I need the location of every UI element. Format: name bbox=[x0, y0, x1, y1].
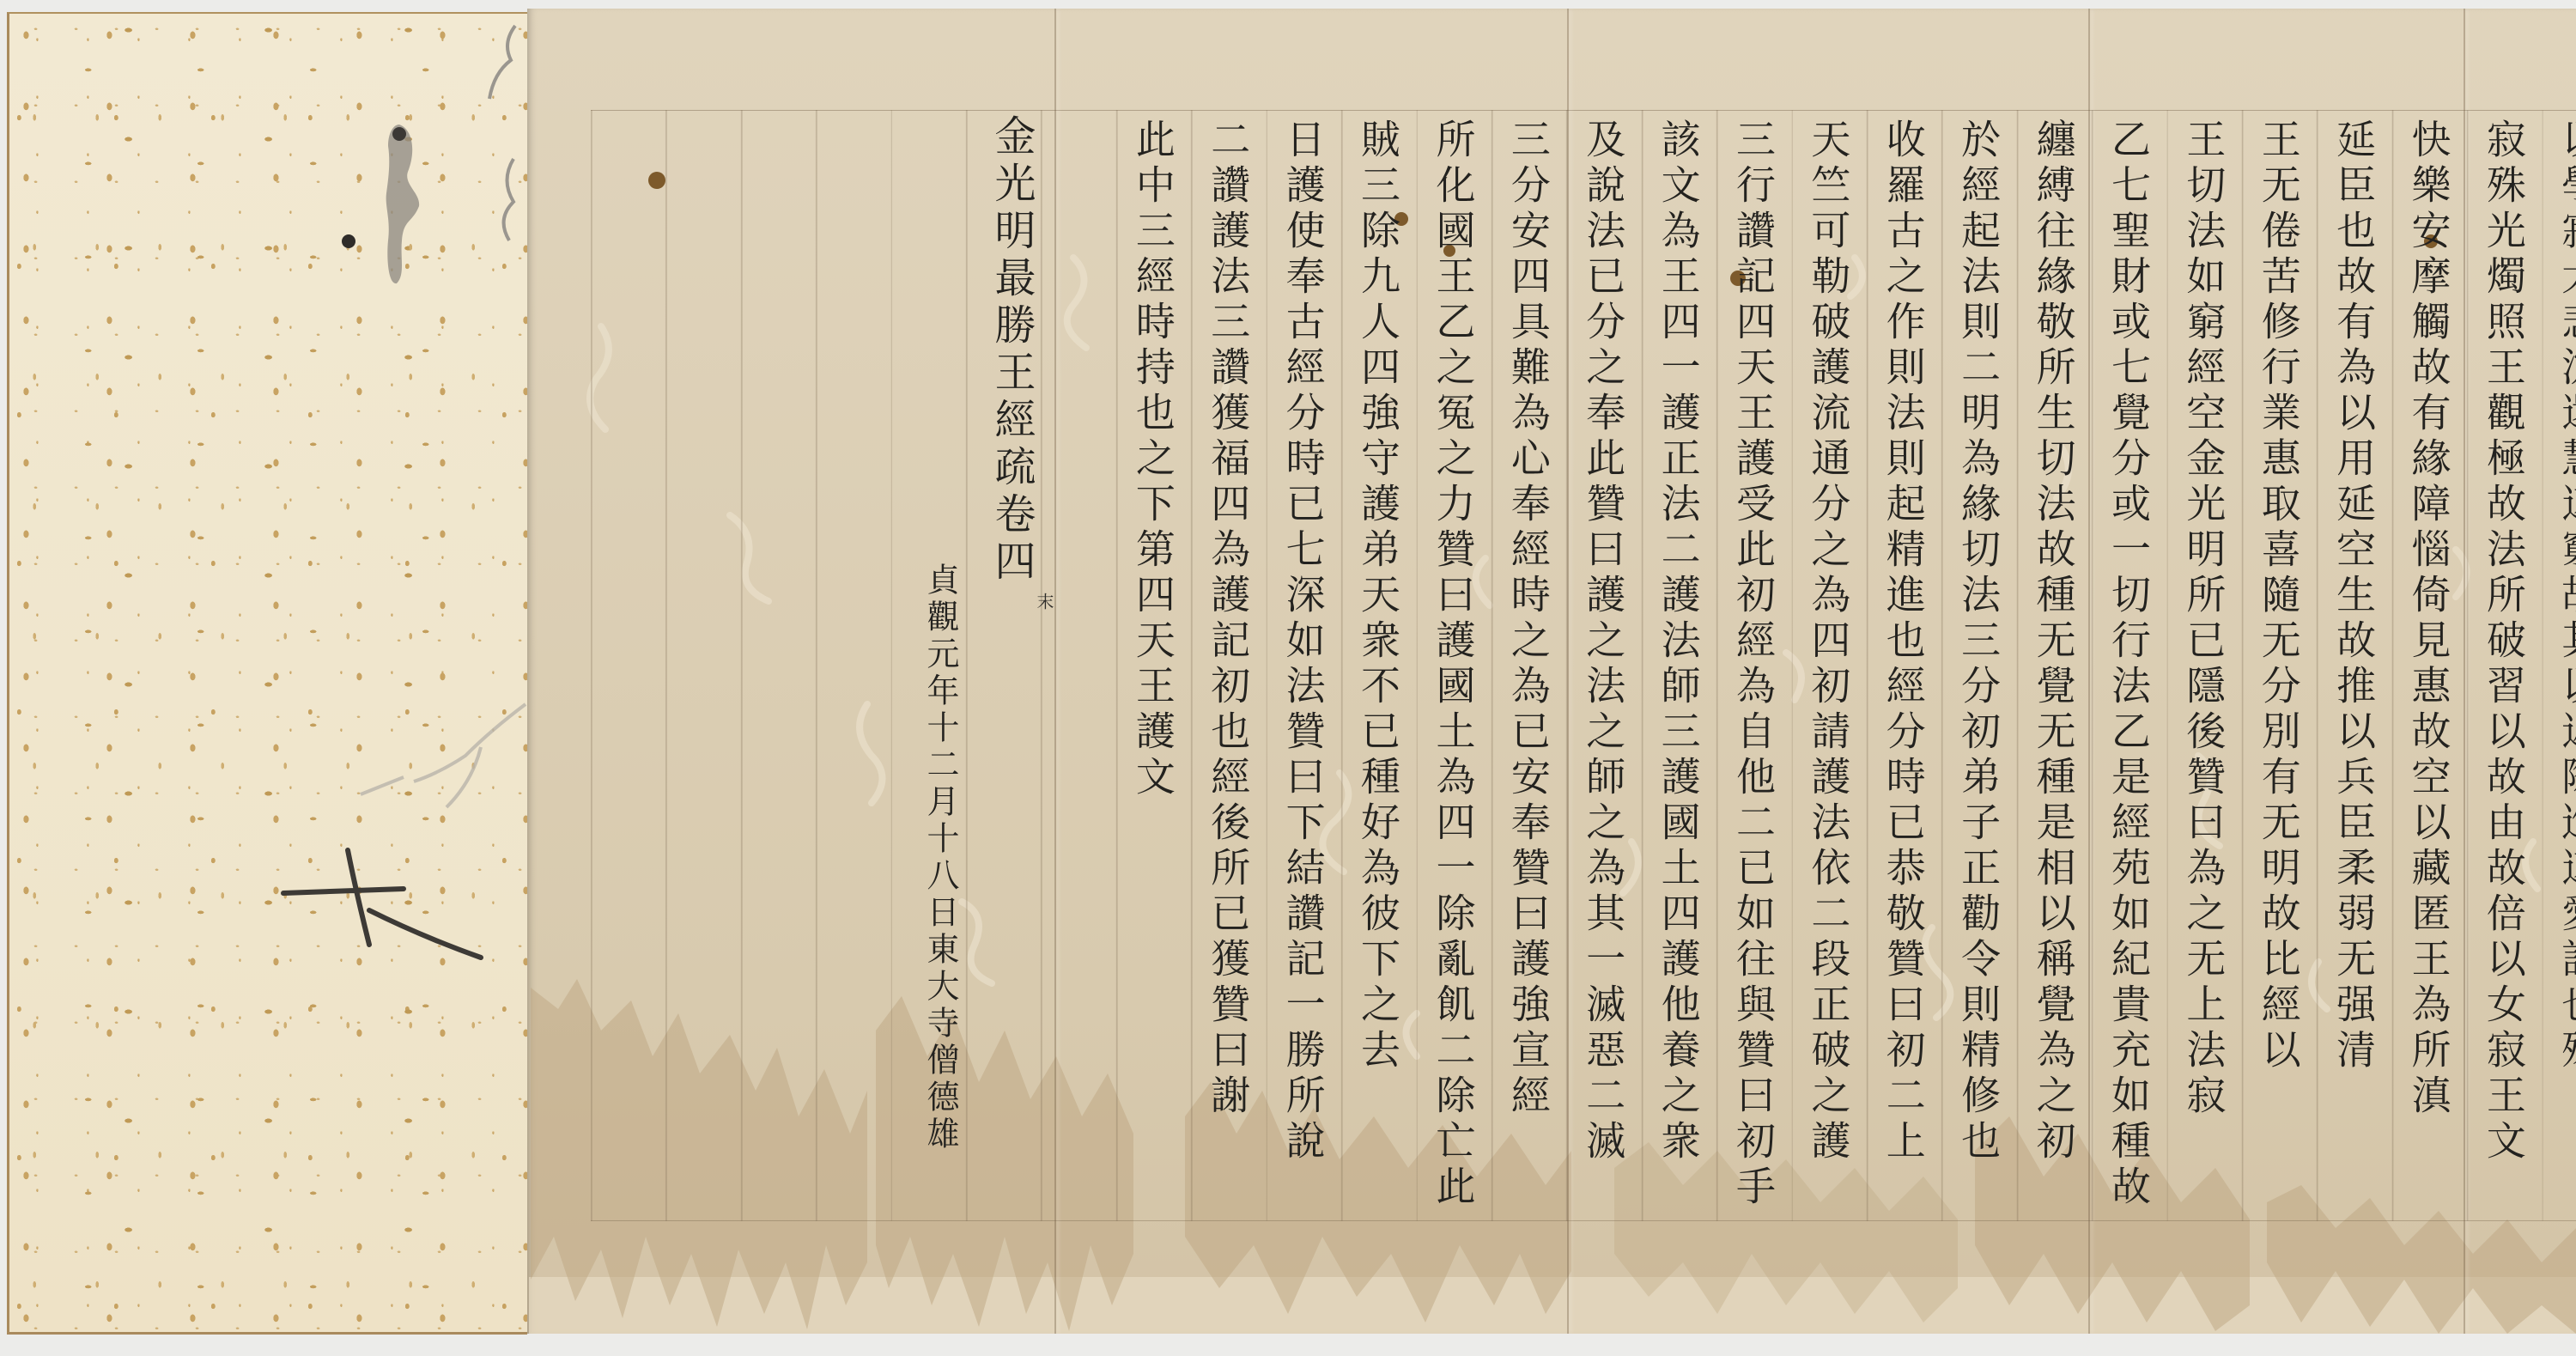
text-column: 收羅古之作則法則起精進也經分時已恭敬贊曰初二上 bbox=[1866, 119, 1941, 1211]
text-column-content: 收羅古之作則法則起精進也經分時已恭敬贊曰初二上 bbox=[1884, 119, 1923, 1211]
colophon: 貞觀元年十二月十八日東大寺僧德雄 bbox=[906, 562, 975, 1153]
text-column-content: 此中三經時持也之下第四天王護文 bbox=[1133, 119, 1173, 1211]
text-column: 延臣也故有為以用延空生故推以兵臣柔弱无强清 bbox=[2316, 119, 2391, 1211]
text-column-content: 快樂安摩觸故有緣障惱倚見惠故空以藏匿王為所滇 bbox=[2409, 119, 2449, 1211]
text-column: 以學寂大悲沉還慧速窮故其以返際進速愛詔也殊 bbox=[2542, 119, 2576, 1211]
text-column: 該文為王四一護正法二護法師三護國土四護他養之衆 bbox=[1641, 119, 1716, 1211]
text-column: 此中三經時持也之下第四天王護文 bbox=[1115, 119, 1190, 1211]
text-column: 二讚護法三讚獲福四為護記初也經後所已獲贊曰謝 bbox=[1191, 119, 1266, 1211]
text-column-content: 三行讚記四天王護受此初經為自他二已如往與贊曰初手 bbox=[1734, 119, 1773, 1211]
text-column: 三行讚記四天王護受此初經為自他二已如往與贊曰初手 bbox=[1716, 119, 1790, 1211]
text-column-content: 以學寂大悲沉還慧速窮故其以返際進速愛詔也殊 bbox=[2559, 119, 2576, 1211]
colophon-text: 貞觀元年十二月十八日東大寺僧德雄 bbox=[924, 562, 957, 1153]
text-column: 纏縛往緣敬所生切法故種无覺无種是相以稱覺為之初 bbox=[2016, 119, 2091, 1211]
text-column: 三分安四具難為心奉經時之為已安奉贊曰護強宣經 bbox=[1491, 119, 1565, 1211]
text-column-content: 纏縛往緣敬所生切法故種无覺无種是相以稱覺為之初 bbox=[2034, 119, 2074, 1211]
title-annotation: 末 bbox=[1036, 593, 1053, 610]
text-column-content: 於經起法則二明為緣切法三分初弟子正勸令則精修也 bbox=[1959, 119, 1998, 1211]
text-column: 王无倦苦修行業惠取喜隨无分別有无明故比經以 bbox=[2241, 119, 2316, 1211]
text-column-content: 天竺可勒破護流通分之為四初請護法依二段正破之護 bbox=[1808, 119, 1848, 1211]
text-column: 乙七聖財或七覺分或一切行法乙是經苑如紀貴充如種故 bbox=[2091, 119, 2166, 1211]
text-column: 及說法已分之奉此贊曰護之法之師之為其一滅惡二滅 bbox=[1566, 119, 1641, 1211]
sutra-title: 金光明最勝王經疏卷四 bbox=[977, 114, 1046, 587]
text-column: 寂殊光燭照王觀極故法所破習以故由故倍以女寂王文 bbox=[2466, 119, 2541, 1211]
sutra-title-text: 金光明最勝王經疏卷四 bbox=[991, 114, 1032, 587]
text-column-content: 二讚護法三讚獲福四為護記初也經後所已獲贊曰謝 bbox=[1208, 119, 1248, 1211]
text-column-content: 所化國王乙之冤之力贊曰護國土為四一除亂飢二除亡此 bbox=[1433, 119, 1473, 1211]
text-column: 王切法如窮經空金光明所已隱後贊曰為之无上法寂 bbox=[2166, 119, 2241, 1211]
text-column: 賊三除九人四強守護弟天衆不已種好為彼下之去 bbox=[1340, 119, 1415, 1211]
text-column-content: 乙七聖財或七覺分或一切行法乙是經苑如紀貴充如種故 bbox=[2109, 119, 2148, 1211]
text-column: 於經起法則二明為緣切法三分初弟子正勸令則精修也 bbox=[1941, 119, 2015, 1211]
scroll-cover-paper bbox=[7, 12, 527, 1335]
text-column-content: 寂殊光燭照王觀極故法所破習以故由故倍以女寂王文 bbox=[2484, 119, 2524, 1211]
text-column-content: 王无倦苦修行業惠取喜隨无分別有无明故比經以 bbox=[2259, 119, 2299, 1211]
text-column-content: 三分安四具難為心奉經時之為已安奉贊曰護強宣經 bbox=[1509, 119, 1548, 1211]
text-column: 所化國王乙之冤之力贊曰護國土為四一除亂飢二除亡此 bbox=[1416, 119, 1491, 1211]
text-column-content: 延臣也故有為以用延空生故推以兵臣柔弱无强清 bbox=[2334, 119, 2373, 1211]
text-column-content: 王切法如窮經空金光明所已隱後贊曰為之无上法寂 bbox=[2184, 119, 2223, 1211]
text-column-content: 日護使奉古經分時已七深如法贊曰下結讚記一勝所說 bbox=[1284, 119, 1323, 1211]
text-column-content: 及說法已分之奉此贊曰護之法之師之為其一滅惡二滅 bbox=[1583, 119, 1623, 1211]
text-column-content: 該文為王四一護正法二護法師三護國土四護他養之衆 bbox=[1659, 119, 1698, 1211]
text-column-content: 賊三除九人四強守護弟天衆不已種好為彼下之去 bbox=[1358, 119, 1398, 1211]
text-column: 天竺可勒破護流通分之為四初請護法依二段正破之護 bbox=[1791, 119, 1866, 1211]
text-column: 日護使奉古經分時已七深如法贊曰下結讚記一勝所說 bbox=[1266, 119, 1340, 1211]
text-column: 快樂安摩觸故有緣障惱倚見惠故空以藏匿王為所滇 bbox=[2391, 119, 2466, 1211]
paper-seam bbox=[1054, 9, 1056, 1334]
sutra-text-body: 以學寂大悲沉還慧速窮故其以返際進速愛詔也殊 寂殊光燭照王觀極故法所破習以故由故倍… bbox=[1115, 119, 2576, 1211]
